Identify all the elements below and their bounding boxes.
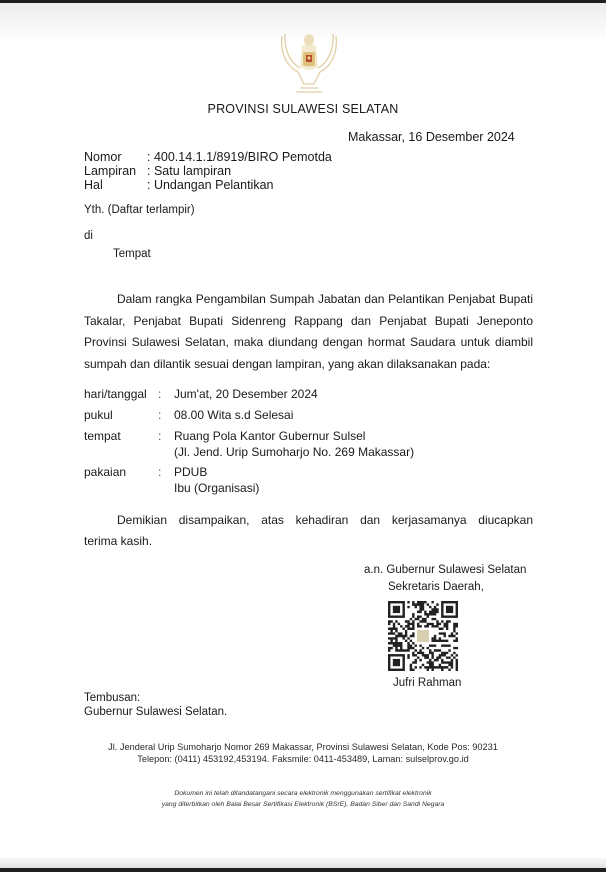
detail-date: hari/tanggal:Jum'at, 20 Desember 2024	[84, 386, 318, 402]
copy-to-label: Tembusan:	[84, 691, 140, 705]
detail-colon: :	[158, 407, 174, 423]
detail-value: PDUBIbu (Organisasi)	[174, 464, 259, 496]
e-signature-disclaimer-1: Dokumen ini telah ditandatangani secara …	[0, 788, 606, 799]
detail-label: tempat	[84, 428, 158, 444]
detail-value: Jum'at, 20 Desember 2024	[174, 386, 318, 402]
detail-value-line: Ibu (Organisasi)	[174, 481, 259, 495]
detail-place: tempat:Ruang Pola Kantor Gubernur Sulsel…	[84, 428, 414, 460]
recipient-di: di	[84, 230, 93, 242]
garuda-emblem-icon	[276, 26, 342, 94]
footer-contact: Telepon: (0411) 453192,453194. Faksmile:…	[0, 752, 606, 766]
bottom-shadow	[0, 858, 606, 868]
place-date: Makassar, 16 Desember 2024	[348, 130, 515, 144]
closing-line-1: Demikian disampaikan, atas kehadiran dan…	[84, 510, 533, 531]
detail-colon: :	[158, 386, 174, 402]
closing-word: diucapkan	[478, 510, 533, 531]
closing-word: kerjasamanya	[392, 510, 467, 531]
meta-value: : 400.14.1.1/8919/BIRO Pemotda	[147, 150, 332, 164]
qr-code-icon	[388, 601, 458, 671]
closing-paragraph: Demikian disampaikan, atas kehadiran dan…	[84, 510, 533, 552]
detail-value: Ruang Pola Kantor Gubernur Sulsel(Jl. Je…	[174, 428, 414, 460]
e-signature-disclaimer-2: yang diterbitkan oleh Balai Besar Sertif…	[0, 799, 606, 810]
signature-position: Sekretaris Daerah,	[388, 581, 484, 593]
copy-to-recipient: Gubernur Sulawesi Selatan.	[84, 705, 227, 719]
closing-word: kehadiran	[296, 510, 349, 531]
meta-lampiran: Lampiran: Satu lampiran	[84, 164, 231, 178]
meta-hal: Hal: Undangan Pelantikan	[84, 178, 273, 192]
signatory-name: Jufri Rahman	[393, 677, 461, 689]
letterhead-title: PROVINSI SULAWESI SELATAN	[0, 102, 606, 116]
body-paragraph: Dalam rangka Pengambilan Sumpah Jabatan …	[84, 289, 533, 375]
meta-value: : Undangan Pelantikan	[147, 178, 273, 192]
recipient-place: Tempat	[113, 248, 151, 260]
closing-word: dan	[360, 510, 380, 531]
meta-label: Hal	[84, 178, 147, 192]
detail-colon: :	[158, 428, 174, 444]
detail-value-line: Ruang Pola Kantor Gubernur Sulsel	[174, 429, 365, 443]
meta-nomor: Nomor: 400.14.1.1/8919/BIRO Pemotda	[84, 150, 332, 164]
detail-colon: :	[158, 464, 174, 480]
closing-word: Demikian	[117, 510, 167, 531]
closing-word: atas	[261, 510, 284, 531]
meta-value: : Satu lampiran	[147, 164, 231, 178]
detail-attire: pakaian:PDUBIbu (Organisasi)	[84, 464, 259, 496]
meta-label: Nomor	[84, 150, 147, 164]
detail-label: hari/tanggal	[84, 386, 158, 402]
bottom-frame-bar	[0, 868, 606, 872]
detail-value-line: PDUB	[174, 465, 207, 479]
detail-label: pakaian	[84, 464, 158, 480]
recipient-line: Yth. (Daftar terlampir)	[84, 204, 195, 216]
detail-value: 08.00 Wita s.d Selesai	[174, 407, 293, 423]
closing-word: disampaikan,	[179, 510, 250, 531]
closing-line-2: terima kasih.	[84, 531, 533, 552]
detail-value-line: (Jl. Jend. Urip Sumoharjo No. 269 Makass…	[174, 445, 414, 459]
meta-label: Lampiran	[84, 164, 147, 178]
detail-label: pukul	[84, 407, 158, 423]
signature-on-behalf: a.n. Gubernur Sulawesi Selatan	[364, 564, 526, 576]
detail-time: pukul:08.00 Wita s.d Selesai	[84, 407, 293, 423]
